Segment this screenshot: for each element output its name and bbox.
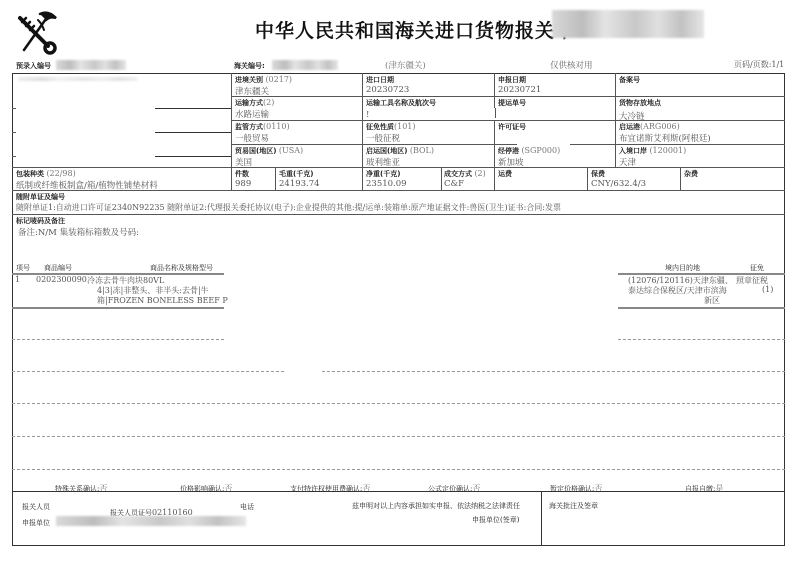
field-entry-customs: 进境关别 (0217) 津东疆关 — [235, 75, 292, 97]
field-insurance: 保费 CNY/632.4/3 — [591, 169, 646, 189]
redacted-customs-no — [272, 60, 338, 70]
field-transport-name: 运输工具名称及航次号 ! — [366, 98, 436, 120]
declarant-label: 报关人员 — [22, 502, 50, 512]
phone-label: 电话 — [240, 502, 254, 512]
confirm-provisional-price: 暂定价格确认:否 — [550, 476, 602, 495]
field-record-no: 备案号 — [619, 75, 640, 85]
confirm-special-relation: 特殊关系确认:否 — [55, 476, 107, 495]
field-bill-no: 提运单号 — [498, 98, 526, 108]
declaration-statement: 兹申明对以上内容承担如实申报、依法纳税之法律责任 — [352, 501, 520, 511]
declaring-unit-label: 申报单位 — [22, 518, 50, 528]
for-check-only: 仅供核对用 — [550, 59, 593, 71]
field-transit-port: 经停港 (SGP000) 新加坡 — [498, 146, 560, 168]
field-misc-fee: 杂费 — [684, 169, 698, 179]
field-storage-place: 货物存放地点 大冷链 — [619, 98, 661, 122]
col-levy: 征免 — [750, 263, 764, 273]
confirm-self-declare: 自报自缴:是 — [685, 476, 723, 495]
confirm-royalty: 支付特许权使用费确认:否 — [290, 476, 370, 495]
col-goods-code: 商品编号 — [44, 263, 72, 273]
redacted-pre-entry-no — [56, 60, 126, 70]
field-supervision-mode: 监管方式(0110) 一般贸易 — [235, 122, 290, 144]
field-freight: 运费 — [498, 169, 512, 179]
field-origin-country: 启运国(地区) (BOL) 玻利维亚 — [366, 146, 434, 168]
field-gross-weight: 毛重(千克) 24193.74 — [279, 169, 320, 189]
stamp-label: 申报单位(签章) — [472, 515, 519, 525]
field-attached-docs: 随附单证及编号 随附单证1:自动进口许可证2340N92235 随附单证2:代理… — [16, 192, 561, 213]
field-import-date: 进口日期 20230723 — [366, 75, 409, 95]
confirm-formula-pricing: 公式定价确认:否 — [428, 476, 480, 495]
field-entry-port: 入境口岸 (120001) 天津 — [619, 146, 686, 168]
field-declare-date: 申报日期 20230721 — [498, 75, 541, 95]
customs-no-label: 海关编号: — [234, 61, 265, 71]
customs-endorse-label: 海关批注及签章 — [549, 501, 598, 511]
field-trade-country: 贸易国(地区) (USA) 美国 — [235, 146, 303, 168]
redacted-barcode — [552, 10, 704, 38]
pre-entry-label: 预录入编号 — [16, 61, 51, 71]
field-license-no: 许可证号 — [498, 122, 526, 132]
field-transport-mode: 运输方式(2) 水路运输 — [235, 98, 274, 120]
redacted-consignee — [18, 77, 138, 81]
field-marks-remarks: 标记唛码及备注 备注:N/M 集装箱标箱数及号码: — [16, 216, 139, 238]
field-levy-nature: 征免性质(101) 一般征税 — [366, 122, 416, 144]
page-info: 页码/页数:1/1 — [734, 59, 784, 70]
customs-office-note: (津东疆关) — [385, 59, 426, 71]
col-destination: 境内目的地 — [665, 263, 700, 273]
field-pieces: 件数 989 — [235, 169, 251, 189]
table-row: 1 0202300090 冷冻去骨牛肉块80VL 4|3|冻|非整头、非半头:去… — [14, 275, 784, 307]
confirm-price-influence: 价格影响确认:否 — [180, 476, 232, 495]
page-title: 中华人民共和国海关进口货物报关单 — [255, 16, 575, 43]
field-departure-port: 启运港(ARG006) 布宜诺斯艾利斯(阿根廷) — [619, 122, 711, 144]
redacted-declaring-unit — [56, 516, 246, 526]
field-deal-mode: 成交方式 (2) C&F — [444, 169, 486, 189]
field-net-weight: 净重(千克) 23510.09 — [366, 169, 407, 189]
col-item-no: 项号 — [16, 263, 30, 273]
col-goods-name: 商品名称及规格型号 — [150, 263, 213, 273]
customs-emblem-icon — [14, 8, 62, 56]
field-package-type: 包装种类 (22/98) 纸制或纤维板制盒/箱/植物性铺垫材料 — [16, 169, 158, 191]
